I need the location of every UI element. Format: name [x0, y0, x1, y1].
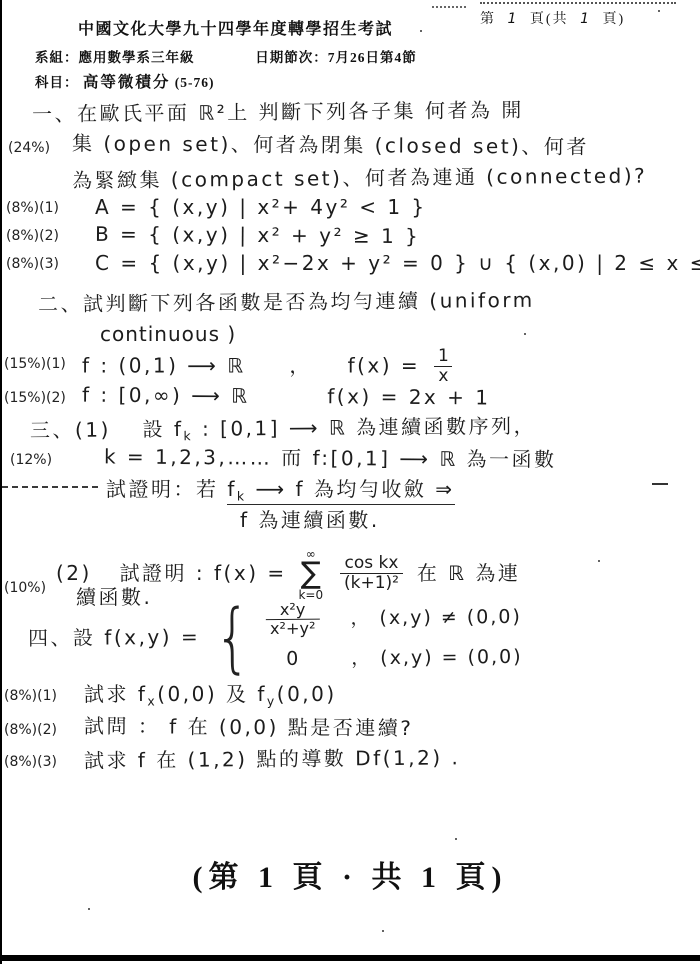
q2-number: 二、 — [38, 292, 83, 316]
q3-line4: f 為連續函數. — [240, 508, 380, 533]
summation-symbol: ∞ ∑ k=0 — [298, 548, 323, 601]
q3-part2-suffix: 在 ℝ 為連 — [417, 561, 521, 585]
q2-item1-mark: (15%)(1) — [4, 356, 66, 372]
fraction-denominator: x — [434, 366, 452, 386]
exam-scan-page: 中國文化大學九十四學年度轉學招生考試 第 1 頁(共 1 頁) 系組：應用數學系… — [0, 0, 700, 964]
q4-item3-mark: (8%)(3) — [4, 754, 57, 770]
q1-line3: 為緊緻集 (compact set)、何者為連通 (connected)? — [72, 163, 647, 193]
case2-value: 0 — [261, 647, 325, 671]
q1-mark: (24%) — [8, 140, 50, 156]
q4-item2-mark: (8%)(2) — [4, 722, 57, 738]
piecewise-cases: x²y x²+y² ， (x,y) ≠ (0,0) 0 ， (x,y) = (0… — [261, 600, 523, 672]
series-numerator: cos kx — [341, 555, 403, 573]
scan-left-border — [0, 0, 2, 964]
q1-heading-text: 在歐氏平面 ℝ²上 判斷下列各子集 何者為 開 — [77, 98, 524, 126]
q2-heading: 二、試判斷下列各函數是否為均勻連續 (uniform — [38, 288, 535, 317]
page-ref-mid: 頁(共 — [530, 12, 569, 27]
page-number: 1 — [502, 11, 525, 27]
q2-item1-map: f : (0,1) ⟶ ℝ — [82, 353, 246, 377]
q2-item1-formula: f : (0,1) ⟶ ℝ ， f(x) = 1 x — [82, 348, 458, 386]
q1-number: 一、 — [32, 102, 77, 126]
q3-heading: 三、(1) 設 fk : [0,1] ⟶ ℝ 為連續函數序列， — [30, 414, 536, 445]
q1-item2-mark: (8%)(2) — [6, 228, 59, 244]
page-ref-suffix: 頁) — [603, 12, 626, 27]
sigma-glyph: ∑ — [301, 560, 321, 589]
q1-item3-mark: (8%)(3) — [6, 256, 59, 272]
q3-fk-subscript: k — [237, 488, 247, 503]
scan-speck — [420, 30, 422, 32]
q3-line3-prefix: 試證明：若 — [106, 477, 227, 501]
scan-speck — [524, 333, 526, 335]
q2-heading-cont: continuous ) — [100, 322, 236, 347]
q3-line1a: 設 f — [142, 417, 183, 441]
dotted-line-short — [432, 6, 466, 8]
page-reference: 第 1 頁(共 1 頁) — [480, 2, 680, 28]
scan-bottom-border — [0, 955, 700, 961]
margin-dash-line — [2, 486, 98, 488]
q4-item1-sub-y: y — [267, 693, 277, 708]
scan-speck — [455, 838, 457, 840]
session-field: 日期節次：7月26日第4節 — [255, 50, 417, 65]
q2-item2-formula: f : [0,∞) ⟶ ℝ f(x) = 2x + 1 — [82, 383, 491, 411]
q4-item1-c: (0,0) — [277, 682, 337, 706]
q2-item2-mark: (15%)(2) — [4, 390, 66, 406]
q4-definition: 四、 設 f(x,y) = { x²y x²+y² ， (x,y) ≠ (0,0… — [28, 600, 523, 674]
q4-item1-text: 試求 fx(0,0) 及 fy(0,0) — [84, 682, 337, 709]
q3-line1-subscript: k — [183, 428, 193, 443]
q4-item1-mark: (8%)(1) — [4, 688, 57, 704]
case-nonzero: x²y x²+y² ， (x,y) ≠ (0,0) — [261, 600, 523, 638]
header-row-dept-session: 系組：應用數學系三年級 日期節次：7月26日第4節 — [35, 46, 417, 66]
q2-item2-map: f : [0,∞) ⟶ ℝ — [82, 383, 250, 408]
q3-number: 三、(1) — [30, 418, 111, 443]
header-row-subject: 科目： 高等微積分 (5-76) — [35, 70, 215, 92]
q4-number: 四、 — [28, 626, 73, 651]
right-dash-mark — [652, 483, 668, 485]
q2-item2-fx: f(x) = 2x + 1 — [327, 384, 490, 409]
subject-label: 科目： — [35, 75, 79, 90]
q2-heading-text: 試判斷下列各函數是否為均勻連續 (uniform — [83, 288, 535, 316]
case1-denominator: x²+y² — [266, 619, 320, 638]
dotted-line — [480, 2, 676, 4]
subject-name: 高等微積分 — [83, 74, 171, 91]
piecewise-block: 四、 設 f(x,y) = { x²y x²+y² ， (x,y) ≠ (0,0… — [28, 600, 523, 674]
q2-item1-fx: f(x) = — [348, 353, 421, 377]
exam-title: 中國文化大學九十四學年度轉學招生考試 — [78, 16, 393, 39]
page-ref-pre: 第 — [480, 12, 496, 27]
q4-item1-b: (0,0) 及 f — [157, 682, 267, 706]
series-denominator: (k+1)² — [340, 573, 403, 593]
q1-item3-formula: C = { (x,y) | x²−2x + y² = 0 } ∪ { (x,0)… — [95, 251, 700, 276]
q1-item1-formula: A = { (x,y) | x²+ 4y² < 1 } — [95, 195, 427, 220]
q3-underlined-claim: fk ⟶ f 為均勻收斂 ⇒ — [227, 477, 454, 505]
case2-condition: ， (x,y) = (0,0) — [351, 646, 523, 671]
dept-field: 系組：應用數學系三年級 — [35, 50, 195, 65]
q4-intro: 設 f(x,y) = — [73, 625, 200, 651]
q3-part2-mark: (10%) — [4, 580, 46, 596]
q2-item1-sep: ， — [289, 353, 312, 377]
case1-condition: ， (x,y) ≠ (0,0) — [350, 606, 522, 631]
q1-item1-mark: (8%)(1) — [6, 200, 59, 216]
case1-fraction: x²y x²+y² — [266, 602, 320, 638]
case-zero-row: 0 ， (x,y) = (0,0) — [261, 646, 523, 672]
page-ref-text: 第 1 頁(共 1 頁) — [480, 8, 680, 28]
q3-mark: (12%) — [10, 452, 52, 468]
q3-claim-text: ⟶ f 為均勻收斂 ⇒ — [247, 477, 455, 501]
q4-item3-text: 試求 f 在 (1,2) 點的導數 Df(1,2) . — [84, 745, 461, 773]
scan-speck — [382, 930, 384, 932]
q3-part2-prefix: 試證明 : f(x) = — [120, 561, 287, 585]
q1-heading: 一、在歐氏平面 ℝ²上 判斷下列各子集 何者為 開 — [32, 98, 524, 127]
fraction-numerator: 1 — [434, 348, 453, 366]
scan-speck — [598, 560, 600, 562]
series-term-fraction: cos kx (k+1)² — [340, 555, 403, 593]
q3-fk: f — [227, 477, 237, 501]
q3-line3: 試證明：若 fk ⟶ f 為均勻收斂 ⇒ — [106, 477, 455, 504]
fraction-one-over-x: 1 x — [434, 348, 453, 386]
q1-item2-formula: B = { (x,y) | x² + y² ≥ 1 } — [95, 222, 420, 249]
footer-page-marker: (第 1 頁 · 共 1 頁) — [193, 852, 508, 896]
q3-line2: k = 1,2,3,…… 而 f:[0,1] ⟶ ℝ 為一函數 — [104, 444, 557, 472]
q4-item1-sub-x: x — [147, 693, 157, 708]
page-total: 1 — [574, 11, 597, 27]
summation-lower-limit: k=0 — [298, 589, 323, 601]
case1-numerator: x²y — [276, 602, 310, 619]
q3-line1b: : [0,1] ⟶ ℝ 為連續函數序列， — [193, 414, 536, 441]
q3-part2-number: (2) — [56, 561, 92, 585]
q1-line2: 集 (open set)、何者為閉集 (closed set)、何者 — [72, 131, 589, 160]
left-brace-glyph: { — [214, 605, 253, 670]
scan-speck — [88, 908, 90, 910]
subject-code: (5-76) — [175, 75, 215, 90]
q4-item2-text: 試問 ： f 在 (0,0) 點是否連續? — [84, 714, 414, 741]
q4-item1-a: 試求 f — [84, 682, 147, 706]
